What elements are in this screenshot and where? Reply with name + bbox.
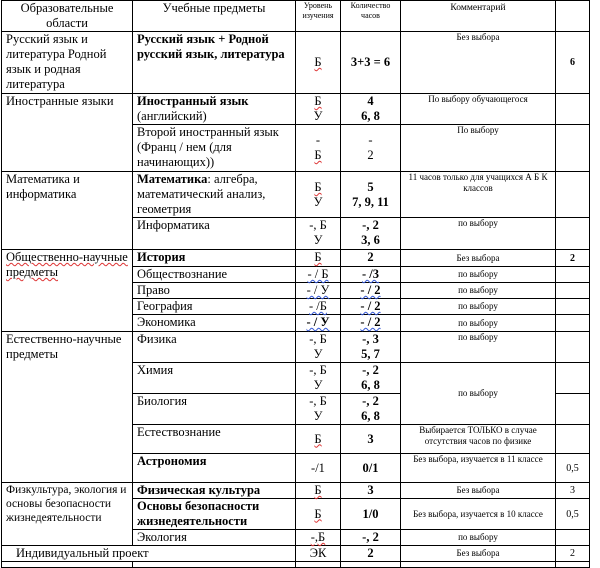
- table-row: Математика и информатика Математика: алг…: [2, 172, 590, 218]
- table-row: Индивидуальный проект ЭК 2 Без выбора 2: [2, 546, 590, 562]
- area-cell: Индивидуальный проект: [2, 546, 296, 562]
- level-value: - /Б: [309, 299, 327, 313]
- curriculum-table: Образовательные области Учебные предметы…: [1, 0, 590, 561]
- level-value: Б: [314, 250, 321, 264]
- level-cell: -, БУ: [296, 218, 341, 250]
- level-line: Б: [314, 180, 321, 194]
- hours-line: 6, 8: [361, 109, 380, 123]
- comment-cell: по выбору: [401, 299, 556, 315]
- total-cell: [556, 315, 590, 332]
- level-cell: ЭК: [296, 546, 341, 562]
- level-value: - / У: [306, 315, 329, 329]
- level-line: У: [314, 195, 323, 209]
- hours-cell: 3: [341, 483, 401, 499]
- header-level: Уровень изучения: [296, 1, 341, 32]
- area-cell: Общественно-научные предметы: [2, 250, 133, 332]
- level-line: -, Б: [309, 394, 327, 408]
- subject-cell: Основы безопасности жизнедеятельности: [133, 499, 296, 530]
- level-cell: Б: [296, 32, 341, 94]
- level-cell: -Б: [296, 125, 341, 172]
- hours-cell: -, 26, 8: [341, 394, 401, 425]
- level-value: -,Б: [311, 530, 325, 544]
- comment-cell: 11 часов только для учащихся А Б К класс…: [401, 172, 556, 218]
- total-cell: 2: [556, 250, 590, 267]
- hours-line: 5, 7: [361, 347, 380, 361]
- subject-cell: Физика: [133, 332, 296, 363]
- hours-line: -, 2: [362, 363, 379, 377]
- total-cell: [556, 267, 590, 283]
- subject-cell: Право: [133, 283, 296, 299]
- comment-cell: по выбору: [401, 267, 556, 283]
- level-cell: -,Б: [296, 530, 341, 546]
- total-cell: 6: [556, 32, 590, 94]
- level-cell: - / У: [296, 315, 341, 332]
- hours-line: -, 2: [362, 218, 379, 232]
- hours-line: 7, 9, 11: [352, 195, 389, 209]
- level-cell: -, БУ: [296, 363, 341, 394]
- hours-line: -: [368, 133, 372, 147]
- level-line: Б: [314, 94, 321, 108]
- hours-line: -, 2: [362, 394, 379, 408]
- hours-cell: 1/0: [341, 499, 401, 530]
- level-value: - / Б: [307, 267, 328, 281]
- total-cell: [556, 299, 590, 315]
- header-total: [556, 1, 590, 32]
- table-row: Иностранные языки Иностранный язык(англи…: [2, 94, 590, 125]
- table-row: Русский язык и литература Родной язык и …: [2, 32, 590, 94]
- hours-line: 6, 8: [361, 409, 380, 423]
- hours-cell: 3: [341, 425, 401, 454]
- header-hours: Количество часов: [341, 1, 401, 32]
- subject-cell: Биология: [133, 394, 296, 425]
- comment-cell: Без выбора: [401, 250, 556, 267]
- level-cell: БУ: [296, 172, 341, 218]
- comment-cell: по выбору: [401, 218, 556, 250]
- comment-cell: По выбору обучающегося: [401, 94, 556, 125]
- hours-cell: 0/1: [341, 454, 401, 483]
- comment-cell: по выбору: [401, 530, 556, 546]
- comment-cell: по выбору: [401, 315, 556, 332]
- subject-cell: Естествознание: [133, 425, 296, 454]
- hours-value: - /3: [362, 267, 379, 281]
- level-line: У: [314, 347, 323, 361]
- comment-cell: Без выбора: [401, 483, 556, 499]
- comment-cell: Без выбора, изучается в 10 классе: [401, 499, 556, 530]
- header-subjects: Учебные предметы: [133, 1, 296, 32]
- hours-value: - / 2: [360, 299, 380, 313]
- area-cell: Естественно-научные предметы: [2, 332, 133, 483]
- level-cell: - / У: [296, 283, 341, 299]
- subject-cell: Иностранный язык(английский): [133, 94, 296, 125]
- level-cell: -/1: [296, 454, 341, 483]
- level-cell: БУ: [296, 94, 341, 125]
- comment-cell: По выбору: [401, 125, 556, 172]
- table-row: Естественно-научные предметы Физика -, Б…: [2, 332, 590, 363]
- level-cell: Б: [296, 499, 341, 530]
- area-cell: Физкультура, экология и основы безопасно…: [2, 483, 133, 546]
- total-cell: [556, 218, 590, 250]
- level-line: У: [314, 233, 323, 247]
- area-text: Общественно-научные предметы: [6, 250, 128, 279]
- comment-cell: по выбору: [401, 283, 556, 299]
- level-line: -, Б: [309, 363, 327, 377]
- hours-cell: -, 26, 8: [341, 363, 401, 394]
- hours-value: - / 2: [360, 315, 380, 329]
- level-value: Б: [314, 432, 321, 446]
- subject-cell: Экономика: [133, 315, 296, 332]
- hours-cell: -2: [341, 125, 401, 172]
- level-value: Б: [314, 55, 321, 69]
- level-cell: -, БУ: [296, 394, 341, 425]
- level-cell: Б: [296, 250, 341, 267]
- total-cell: [556, 394, 590, 425]
- level-value: Б: [314, 507, 321, 521]
- level-line: -: [316, 133, 320, 147]
- hours-cell: -, 23, 6: [341, 218, 401, 250]
- subject-cell: Информатика: [133, 218, 296, 250]
- hours-line: 2: [367, 148, 373, 162]
- hours-cell: -, 35, 7: [341, 332, 401, 363]
- hours-cell: - / 2: [341, 299, 401, 315]
- total-cell: 0,5: [556, 499, 590, 530]
- area-cell: Иностранные языки: [2, 94, 133, 172]
- total-cell: [556, 530, 590, 546]
- header-comment: Комментарий: [401, 1, 556, 32]
- level-value: Б: [314, 483, 321, 497]
- total-cell: [556, 363, 590, 394]
- hours-cell: - / 2: [341, 315, 401, 332]
- total-cell: [556, 425, 590, 454]
- comment-cell: Выбирается ТОЛЬКО в случае отсутствия ча…: [401, 425, 556, 454]
- level-cell: - /Б: [296, 299, 341, 315]
- total-cell: [556, 332, 590, 363]
- subject-cell: Математика: алгебра, математический анал…: [133, 172, 296, 218]
- level-line: -, Б: [309, 332, 327, 346]
- hours-line: -, 3: [362, 332, 379, 346]
- subject-cell: Астрономия: [133, 454, 296, 483]
- header-area: Образовательные области: [2, 1, 133, 32]
- level-line: Б: [314, 148, 321, 162]
- hours-cell: 46, 8: [341, 94, 401, 125]
- subject-bold: Иностранный язык: [137, 94, 248, 108]
- total-cell: 0,5: [556, 454, 590, 483]
- total-cell: 3: [556, 483, 590, 499]
- total-cell: [556, 283, 590, 299]
- level-line: У: [314, 409, 323, 423]
- total-cell: [556, 172, 590, 218]
- subject-bold: Математика: [137, 172, 207, 186]
- subject-cell: История: [133, 250, 296, 267]
- level-line: -, Б: [309, 218, 327, 232]
- level-cell: -, БУ: [296, 332, 341, 363]
- hours-cell: - /3: [341, 267, 401, 283]
- table-row: Физкультура, экология и основы безопасно…: [2, 483, 590, 499]
- total-cell: 2: [556, 546, 590, 562]
- hours-cell: - / 2: [341, 283, 401, 299]
- hours-cell: 3+3 = 6: [341, 32, 401, 94]
- hours-cell: 2: [341, 546, 401, 562]
- table-row: Общественно-научные предметы История Б 2…: [2, 250, 590, 267]
- hours-line: 3, 6: [361, 233, 380, 247]
- hours-cell: 2: [341, 250, 401, 267]
- comment-cell: Без выбора: [401, 32, 556, 94]
- level-line: У: [314, 378, 323, 392]
- comment-cell: Без выбора: [401, 546, 556, 562]
- level-value: - / У: [307, 283, 330, 297]
- area-cell: Математика и информатика: [2, 172, 133, 250]
- subject-cell: Химия: [133, 363, 296, 394]
- subject-cell: Экология: [133, 530, 296, 546]
- level-cell: Б: [296, 483, 341, 499]
- hours-line: 4: [367, 94, 373, 108]
- area-cell: Русский язык и литература Родной язык и …: [2, 32, 133, 94]
- hours-cell: 57, 9, 11: [341, 172, 401, 218]
- subject-rest: (английский): [137, 109, 207, 123]
- total-cell: [556, 125, 590, 172]
- comment-cell: по выбору: [401, 363, 556, 425]
- subject-cell: Физическая культура: [133, 483, 296, 499]
- subject-cell: География: [133, 299, 296, 315]
- comment-cell: Без выбора, изучается в 11 классе: [401, 454, 556, 483]
- level-cell: - / Б: [296, 267, 341, 283]
- header-row: Образовательные области Учебные предметы…: [2, 1, 590, 32]
- subject-cell: Обществознание: [133, 267, 296, 283]
- comment-cell: по выбору: [401, 332, 556, 363]
- level-cell: Б: [296, 425, 341, 454]
- hours-value: - / 2: [360, 283, 380, 297]
- subject-cell: Второй иностранный язык (Франц / нем (дл…: [133, 125, 296, 172]
- hours-line: 6, 8: [361, 378, 380, 392]
- hours-cell: -, 2: [341, 530, 401, 546]
- level-line: У: [314, 109, 323, 123]
- total-cell: [556, 94, 590, 125]
- subject-cell: Русский язык + Родной русский язык, лите…: [133, 32, 296, 94]
- hours-line: 5: [367, 180, 373, 194]
